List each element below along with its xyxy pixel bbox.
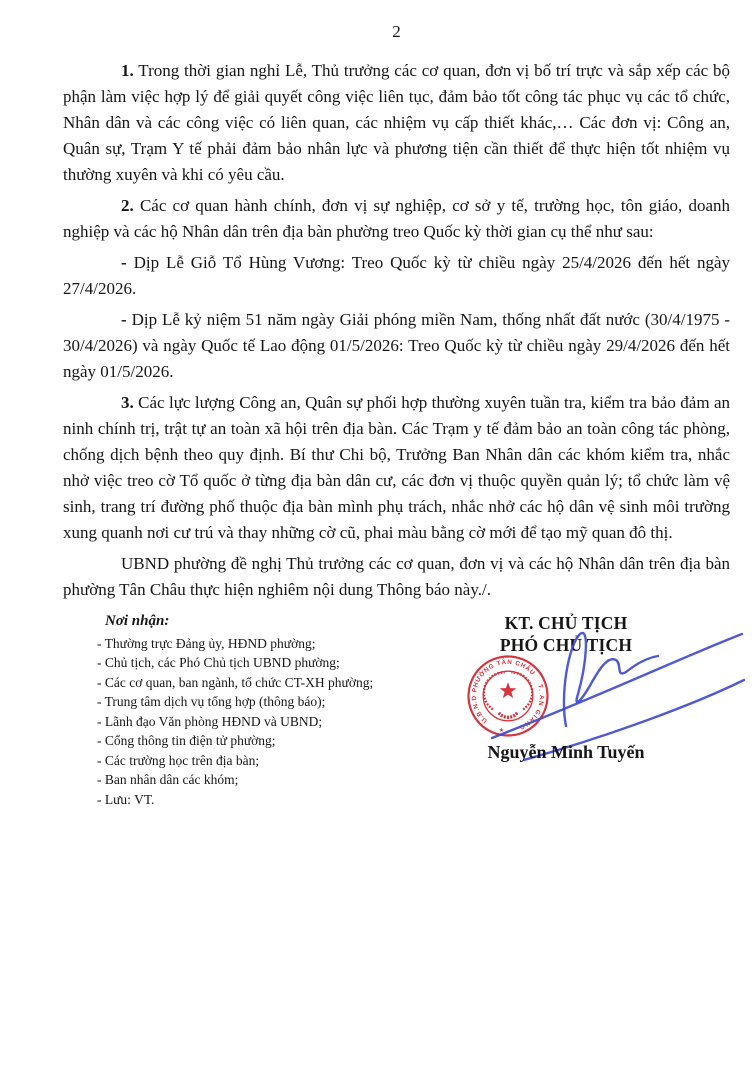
recipients-list: - Thường trực Đảng ủy, HĐND phường; - Ch…	[97, 634, 373, 810]
document-page: 2 1. Trong thời gian nghỉ Lễ, Thủ trưởng…	[0, 0, 752, 1080]
recipient-item: - Trung tâm dịch vụ tổng hợp (thông báo)…	[97, 692, 373, 712]
signature-scribble	[470, 622, 746, 762]
stamp-zone: U.B.N.D PHƯỜNG TÂN CHÂU T. AN GIANG ★	[442, 656, 690, 740]
recipient-item: - Cổng thông tin điện tử phường;	[97, 731, 373, 751]
bullet-2-dash: -	[121, 310, 127, 329]
closing-paragraph: UBND phường đề nghị Thủ trưởng các cơ qu…	[63, 551, 730, 603]
paragraph-3: 3. Các lực lượng Công an, Quân sự phối h…	[63, 390, 730, 546]
page-number: 2	[63, 22, 730, 42]
recipient-item: - Lưu: VT.	[97, 790, 373, 810]
signature-stroke-flourish	[564, 633, 658, 726]
document-footer: Nơi nhận: - Thường trực Đảng ủy, HĐND ph…	[63, 612, 730, 809]
signature-block: KT. CHỦ TỊCH PHÓ CHỦ TỊCH U.B.N.D PHƯỜNG…	[442, 612, 730, 809]
bullet-2-text: Dịp Lễ kỷ niệm 51 năm ngày Giải phóng mi…	[63, 310, 730, 381]
bullet-1-text: Dịp Lễ Giỗ Tổ Hùng Vương: Treo Quốc kỳ t…	[63, 253, 730, 298]
paragraph-2: 2. Các cơ quan hành chính, đơn vị sự ngh…	[63, 193, 730, 245]
recipient-item: - Lãnh đạo Văn phòng HĐND và UBND;	[97, 712, 373, 732]
signer-name: Nguyễn Minh Tuyến	[442, 742, 690, 763]
paragraph-1-number: 1.	[121, 61, 134, 80]
paragraph-2-text: Các cơ quan hành chính, đơn vị sự nghiệp…	[63, 196, 730, 241]
paragraph-2-number: 2.	[121, 196, 134, 215]
document-body: 1. Trong thời gian nghỉ Lễ, Thủ trưởng c…	[63, 58, 730, 603]
recipient-item: - Chủ tịch, các Phó Chủ tịch UBND phường…	[97, 653, 373, 673]
recipient-item: - Các cơ quan, ban ngành, tổ chức CT-XH …	[97, 673, 373, 693]
recipient-item: - Các trường học trên địa bàn;	[97, 751, 373, 771]
paragraph-3-text: Các lực lượng Công an, Quân sự phối hợp …	[63, 393, 730, 542]
signature-stroke-upper	[492, 634, 742, 738]
paragraph-1-text: Trong thời gian nghỉ Lễ, Thủ trưởng các …	[63, 61, 730, 184]
recipient-item: - Thường trực Đảng ủy, HĐND phường;	[97, 634, 373, 654]
recipients-heading: Nơi nhận:	[105, 612, 373, 632]
bullet-1: - Dịp Lễ Giỗ Tổ Hùng Vương: Treo Quốc kỳ…	[63, 250, 730, 302]
recipients-block: Nơi nhận: - Thường trực Đảng ủy, HĐND ph…	[97, 612, 373, 809]
paragraph-3-number: 3.	[121, 393, 134, 412]
bullet-1-dash: -	[121, 253, 127, 272]
recipient-item: - Ban nhân dân các khóm;	[97, 770, 373, 790]
bullet-2: - Dịp Lễ kỷ niệm 51 năm ngày Giải phóng …	[63, 307, 730, 385]
paragraph-1: 1. Trong thời gian nghỉ Lễ, Thủ trưởng c…	[63, 58, 730, 188]
